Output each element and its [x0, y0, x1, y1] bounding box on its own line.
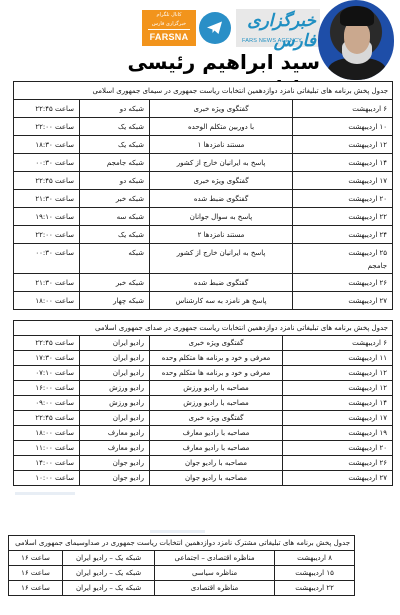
scan-artifact	[15, 492, 75, 495]
table-row: ۲۲ اردیبهشتمناظره اقتصادیشبکه یک – رادیو…	[9, 581, 355, 596]
program-cell: مصاحبه با رادیو معارف	[150, 441, 283, 456]
date-cell: ۲۶ اردیبهشت	[293, 274, 393, 292]
date-cell: ۱۷ اردیبهشت	[293, 172, 393, 190]
program-cell: با دوربین متکلم الوحده	[150, 118, 293, 136]
channel-cell: رادیو ایران	[80, 366, 150, 381]
program-cell: مصاحبه با رادیو جوان	[150, 471, 283, 486]
program-cell: مصاحبه با رادیو ورزش	[150, 381, 283, 396]
table-caption: جدول پخش برنامه های تبلیغاتی نامزد دوازد…	[14, 82, 393, 100]
program-cell: مستند نامزدها ۲	[150, 226, 293, 244]
time-cell: ساعت ۱۰:۰۰	[14, 471, 80, 486]
program-cell: مناظره سیاسی	[155, 566, 275, 581]
date-cell: ۱۹ اردیبهشت	[283, 426, 393, 441]
table-row: ۶ اردیبهشتگفتگوی ویژه خبریشبکه دوساعت ۲۲…	[14, 100, 393, 118]
channel-cell: شبکه یک	[80, 136, 150, 154]
date-cell: ۱۰ اردیبهشت	[293, 118, 393, 136]
date-cell: ۲۲ اردیبهشت	[275, 581, 355, 596]
program-cell: مناظره اقتصادی	[155, 581, 275, 596]
table-row: ۲۰ اردیبهشتگفتگوی ضبط شدهشبکه خبرساعت ۲۱…	[14, 190, 393, 208]
program-cell: گفتگوی ویژه خبری	[150, 172, 293, 190]
telegram-icon	[199, 12, 231, 44]
channel-cell: شبکه خبر	[80, 190, 150, 208]
program-cell: پاسخ به سوال جوانان	[150, 208, 293, 226]
program-cell: مستند نامزدها ۱	[150, 136, 293, 154]
program-cell: گفتگوی ویژه خبری	[150, 336, 283, 351]
program-cell: مصاحبه با رادیو ورزش	[150, 396, 283, 411]
table-row: ۲۴ اردیبهشتمستند نامزدها ۲شبکه یکساعت ۲۲…	[14, 226, 393, 244]
channel-cell: رادیو معارف	[80, 426, 150, 441]
fars-logo-english: FARS NEWS AGENCY	[242, 38, 302, 44]
channel-cell: شبکه یک – رادیو ایران	[63, 551, 155, 566]
channel-cell: رادیو جوان	[80, 471, 150, 486]
time-cell: ساعت ۱۸:۳۰	[14, 136, 80, 154]
date-cell: ۸ اردیبهشت	[275, 551, 355, 566]
time-cell: ساعت ۱۱:۰۰	[14, 441, 80, 456]
channel-cell: شبکه جامجم	[80, 154, 150, 172]
table-row: ۱۲ اردیبهشتمصاحبه با رادیو ورزشرادیو ورز…	[14, 381, 393, 396]
time-cell: ساعت ۲۲:۴۵	[14, 172, 80, 190]
portrait-face	[344, 22, 370, 54]
time-cell: ساعت ۱۶	[9, 551, 63, 566]
fars-logo-persian: خبرگزاری فارس	[236, 11, 316, 51]
time-cell: ساعت ۰۰:۳۰	[14, 154, 80, 172]
time-cell: ساعت ۱۶	[9, 566, 63, 581]
date-cell: ۱۵ اردیبهشت	[275, 566, 355, 581]
program-cell: مناظره اقتصادی – اجتماعی	[155, 551, 275, 566]
table-caption: جدول پخش برنامه های تبلیغاتی نامزد دوازد…	[14, 321, 393, 336]
time-cell: ساعت ۱۸:۰۰	[14, 292, 80, 310]
fars-news-logo: خبرگزاری فارس FARS NEWS AGENCY	[236, 9, 320, 47]
table-row: ۱۹ اردیبهشتمصاحبه با رادیو معارفرادیو مع…	[14, 426, 393, 441]
date-cell: ۱۲ اردیبهشت	[293, 136, 393, 154]
channel-cell: شبکه یک – رادیو ایران	[63, 581, 155, 596]
badge-line-1: کانال تلگرام	[142, 12, 196, 19]
portrait-turban	[340, 6, 374, 26]
program-cell: پاسخ هر نامزد به سه کارشناس	[150, 292, 293, 310]
table-row: ۱۰ اردیبهشتبا دوربین متکلم الوحدهشبکه یک…	[14, 118, 393, 136]
table-row: ۱۱ اردیبهشتمعرفی و خود و برنامه ها متکلم…	[14, 351, 393, 366]
channel-cell: شبکه دو	[80, 172, 150, 190]
date-cell: ۱۴ اردیبهشت	[283, 396, 393, 411]
program-cell: گفتگوی ضبط شده	[150, 190, 293, 208]
program-cell: مصاحبه با رادیو معارف	[150, 426, 283, 441]
channel-cell: رادیو ورزش	[80, 381, 150, 396]
channel-cell: شبکه خبر	[80, 274, 150, 292]
joint-debate-schedule-table: جدول پخش برنامه های تبلیغاتی مشترک نامزد…	[8, 535, 355, 596]
time-cell: ساعت ۲۱:۳۰	[14, 274, 80, 292]
date-cell: ۱۲ اردیبهشت	[283, 366, 393, 381]
channel-cell: رادیو جوان	[80, 456, 150, 471]
channel-cell: شبکه	[80, 244, 150, 274]
badge-divider	[148, 29, 190, 30]
table-row: ۲۲ اردیبهشتپاسخ به سوال جوانانشبکه سهساع…	[14, 208, 393, 226]
paper-plane-icon	[206, 20, 224, 36]
table-row: ۱۲ اردیبهشتمعرفی و خود و برنامه ها متکلم…	[14, 366, 393, 381]
date-cell: ۲۷ اردیبهشت	[283, 471, 393, 486]
channel-cell: رادیو ایران	[80, 411, 150, 426]
page-title: سید ابراهیم رئیسی ساداتی	[108, 49, 320, 75]
table-row: ۲۶ اردیبهشتگفتگوی ضبط شدهشبکه خبرساعت ۲۱…	[14, 274, 393, 292]
time-cell: ساعت ۱۶:۰۰	[14, 381, 80, 396]
scan-artifact	[150, 530, 205, 533]
date-cell: ۲۲ اردیبهشت	[293, 208, 393, 226]
program-cell: معرفی و خود و برنامه ها متکلم وحده	[150, 351, 283, 366]
badge-line-2: خبرگزاری فارس	[142, 21, 196, 28]
table-row: ۲۷ اردیبهشتمصاحبه با رادیو جوانرادیو جوا…	[14, 471, 393, 486]
date-cell: ۱۴ اردیبهشت	[293, 154, 393, 172]
time-cell: ساعت ۱۴:۰۰	[14, 456, 80, 471]
date-cell: ۲۴ اردیبهشت	[293, 226, 393, 244]
date-cell: ۲۵ اردیبهشتجامجم	[293, 244, 393, 274]
date-cell: ۲۰ اردیبهشت	[283, 441, 393, 456]
time-cell: ساعت ۰۰:۳۰	[14, 244, 80, 274]
time-cell: ساعت ۱۹:۱۰	[14, 208, 80, 226]
radio-schedule-table: جدول پخش برنامه های تبلیغاتی نامزد دوازد…	[13, 320, 393, 486]
channel-cell: شبکه دو	[80, 100, 150, 118]
channel-cell: رادیو ایران	[80, 351, 150, 366]
time-cell: ساعت ۲۲:۴۵	[14, 336, 80, 351]
candidate-portrait	[318, 0, 394, 80]
channel-cell: شبکه سه	[80, 208, 150, 226]
table-row: ۱۵ اردیبهشتمناظره سیاسیشبکه یک – رادیو ا…	[9, 566, 355, 581]
date-cell: ۲۰ اردیبهشت	[293, 190, 393, 208]
table-caption: جدول پخش برنامه های تبلیغاتی مشترک نامزد…	[9, 536, 355, 551]
badge-brand: FARSNA	[142, 32, 196, 42]
table-row: ۲۷ اردیبهشتپاسخ هر نامزد به سه کارشناسشب…	[14, 292, 393, 310]
time-cell: ساعت ۱۸:۰۰	[14, 426, 80, 441]
table-row: ۱۷ اردیبهشتگفتگوی ویژه خبریرادیو ایرانسا…	[14, 411, 393, 426]
channel-cell: رادیو ورزش	[80, 396, 150, 411]
table-row: ۲۵ اردیبهشتجامجم پاسخ به ایرانیان خارج ا…	[14, 244, 393, 274]
channel-cell: رادیو معارف	[80, 441, 150, 456]
table-row: ۱۷ اردیبهشتگفتگوی ویژه خبریشبکه دوساعت ۲…	[14, 172, 393, 190]
time-cell: ساعت ۱۷:۳۰	[14, 351, 80, 366]
time-cell: ساعت ۲۲:۰۰	[14, 118, 80, 136]
date-cell: ۶ اردیبهشت	[293, 100, 393, 118]
channel-cell: رادیو ایران	[80, 336, 150, 351]
date-extra-text: جامجم	[368, 262, 387, 270]
table-row: ۸ اردیبهشتمناظره اقتصادی – اجتماعیشبکه ی…	[9, 551, 355, 566]
date-cell: ۶ اردیبهشت	[283, 336, 393, 351]
program-cell: گفتگوی ویژه خبری	[150, 411, 283, 426]
table-row: ۱۲ اردیبهشتمستند نامزدها ۱شبکه یکساعت ۱۸…	[14, 136, 393, 154]
program-cell: گفتگوی ویژه خبری	[150, 100, 293, 118]
time-cell: ساعت ۲۲:۰۰	[14, 226, 80, 244]
date-cell: ۱۲ اردیبهشت	[283, 381, 393, 396]
channel-cell: شبکه یک	[80, 118, 150, 136]
tv-schedule-table: جدول پخش برنامه های تبلیغاتی نامزد دوازد…	[13, 81, 393, 310]
date-cell: ۱۷ اردیبهشت	[283, 411, 393, 426]
date-text: ۲۵ اردیبهشت	[348, 249, 387, 257]
date-cell: ۲۶ اردیبهشت	[283, 456, 393, 471]
program-cell: مصاحبه با رادیو جوان	[150, 456, 283, 471]
table-row: ۶ اردیبهشتگفتگوی ویژه خبریرادیو ایرانساع…	[14, 336, 393, 351]
table-row: ۱۴ اردیبهشتمصاحبه با رادیو ورزشرادیو ورز…	[14, 396, 393, 411]
date-cell: ۲۷ اردیبهشت	[293, 292, 393, 310]
table-row: ۲۰ اردیبهشتمصاحبه با رادیو معارفرادیو مع…	[14, 441, 393, 456]
header: کانال تلگرام خبرگزاری فارس FARSNA خبرگزا…	[0, 0, 400, 80]
table-row: ۲۶ اردیبهشتمصاحبه با رادیو جوانرادیو جوا…	[14, 456, 393, 471]
program-cell: معرفی و خود و برنامه ها متکلم وحده	[150, 366, 283, 381]
channel-cell: شبکه یک	[80, 226, 150, 244]
channel-cell: شبکه یک – رادیو ایران	[63, 566, 155, 581]
channel-cell: شبکه چهار	[80, 292, 150, 310]
program-cell: پاسخ به ایرانیان خارج از کشور	[150, 154, 293, 172]
date-cell: ۱۱ اردیبهشت	[283, 351, 393, 366]
time-cell: ساعت ۲۱:۳۰	[14, 190, 80, 208]
table-row: ۱۴ اردیبهشتپاسخ به ایرانیان خارج از کشور…	[14, 154, 393, 172]
time-cell: ساعت ۲۲:۴۵	[14, 411, 80, 426]
farsna-telegram-badge: کانال تلگرام خبرگزاری فارس FARSNA	[142, 10, 196, 46]
time-cell: ساعت ۱۶	[9, 581, 63, 596]
program-cell: گفتگوی ضبط شده	[150, 274, 293, 292]
time-cell: ساعت ۲۲:۴۵	[14, 100, 80, 118]
program-cell: پاسخ به ایرانیان خارج از کشور	[150, 244, 293, 274]
time-cell: ساعت ۰۷:۱۰	[14, 366, 80, 381]
time-cell: ساعت ۰۹:۰۰	[14, 396, 80, 411]
